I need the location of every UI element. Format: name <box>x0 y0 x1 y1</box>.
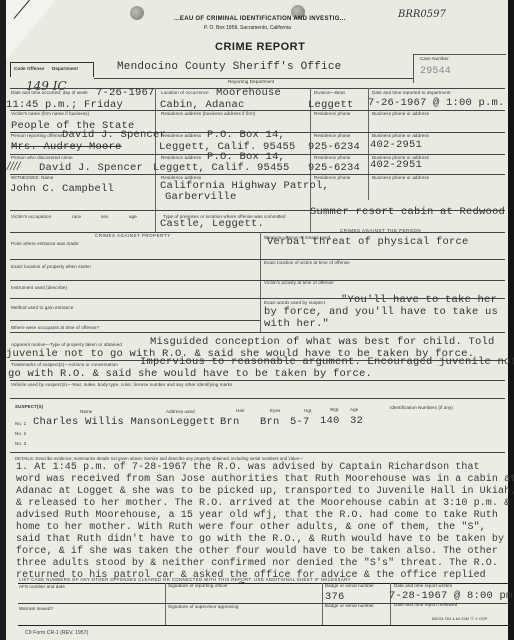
agency-address: P. O. Box 1859, Sacramento, California <box>204 25 291 31</box>
date-reviewed-label: Date and time report reviewed <box>394 602 457 607</box>
victim-business-label: Business phone or address <box>372 111 429 116</box>
agency-name: ...EAU OF CRIMINAL IDENTIFICATION AND IN… <box>174 16 346 22</box>
race-label: race <box>72 214 81 219</box>
property-section-title: CRIMES AGAINST PROPERTY <box>95 233 171 238</box>
date-written-label: Date and time report written <box>394 583 452 588</box>
premises-line2: Castle, Leggett. <box>160 218 264 230</box>
instrument-label: Instrument used (describe) <box>11 285 67 290</box>
list-cases-label: LIST CASE NUMBERS OF ANY OTHER OFFENSES … <box>19 577 351 582</box>
col-address: Address used <box>166 409 195 414</box>
col-id-numbers: Identification Numbers (if any) <box>390 405 453 410</box>
scan-border <box>508 0 514 640</box>
folded-corner <box>6 0 56 60</box>
reporting-phone-label: Residence phone <box>314 133 351 138</box>
victim-label: Victim's name (firm name if business) <box>11 111 89 116</box>
discovered-business: 402-2951 <box>370 159 422 171</box>
reported-label: Date and time reported to department <box>372 90 451 95</box>
reporting-phone: 925-6234 <box>308 141 360 153</box>
date-written: 7-28-1967 @ 8:00 pm <box>389 590 513 602</box>
age-label: age <box>129 214 137 219</box>
victim-activity-label: Victim's activity at time of offense <box>264 280 334 285</box>
witness-label: WITNESSES: Name <box>11 175 54 180</box>
date-occurred-label: Date and time occurred; day of week <box>11 90 88 95</box>
discovered-person: David J. Spencer <box>39 162 143 174</box>
details-line: advised Ruth Moorehouse, a 15 year old w… <box>16 510 498 521</box>
location-label: Location of occurrence <box>161 90 209 95</box>
reporting-person-label: Person reporting offense <box>11 133 63 138</box>
divider <box>18 625 508 626</box>
words-label: Exact words used by suspect <box>264 300 325 305</box>
details-line: three adults stood by & neither confirme… <box>16 558 498 569</box>
date-occurred: 7-26-1967 <box>96 87 155 99</box>
discovered-mark: //// <box>7 161 20 172</box>
suspect-height: 5-7 <box>290 416 310 428</box>
victim-phone-label: Residence phone <box>314 111 351 116</box>
details-line: home to her mother. With Ruth were four … <box>16 522 486 533</box>
location-line1: Moorehouse <box>216 87 281 99</box>
divider <box>165 583 166 625</box>
discovered-label: Person who discovered crime <box>11 155 73 160</box>
trademarks-line1: Impervious to reasonable argument. Encou… <box>140 356 514 368</box>
reporting-residence-line1: P.O. Box 14, <box>207 129 285 141</box>
words-line1: "You'll have to take her <box>341 294 497 306</box>
badge-number: 376 <box>325 591 345 603</box>
sex-label: sex <box>101 214 108 219</box>
details-label: DETAILS: Describe evidence; summarize de… <box>15 456 303 461</box>
divider <box>10 259 505 260</box>
words-line3: with her." <box>264 318 329 330</box>
details-line: said that Ruth didn't have to go with th… <box>16 534 504 545</box>
occupants-label: Where were occupants at time of offense? <box>11 325 99 330</box>
reporting-department: Mendocino County Sheriff's Office <box>117 61 341 73</box>
details-line: & released to her mother. The R.O. arriv… <box>16 498 510 509</box>
victim-residence-label: Residence address (business address if f… <box>161 111 255 116</box>
suspects-label: SUSPECT(S) <box>15 404 43 409</box>
victim-location-label: Exact location of victim at time of offe… <box>264 260 350 265</box>
vehicle-label: Vehicle used by suspect(s)—Year, make, b… <box>11 382 233 387</box>
reported-datetime: 7-26-1967 @ 1:00 p.m. <box>368 97 505 109</box>
discovered-phone: 925-6234 <box>308 162 360 174</box>
motive-line1: Misguided conception of what was best fo… <box>150 336 495 348</box>
afs-label: AFS number and date <box>19 584 65 589</box>
suspect-weight: 140 <box>320 415 340 427</box>
reporting-person: David J. Spencer <box>62 129 166 141</box>
divider <box>260 232 261 332</box>
weapon: Verbal threat of physical force <box>267 236 469 248</box>
suspect-hair: Brn <box>220 416 240 428</box>
entrance-label: Point where entrance was made: <box>11 241 80 246</box>
divider <box>10 398 505 399</box>
case-number-label: Case Number <box>420 56 449 61</box>
divider <box>10 452 505 453</box>
print-code: 85033-783 4-64 20M Ⓢ X OSP <box>432 617 487 622</box>
form-id: CII Form CR-1 (REV. 1957) <box>25 630 88 636</box>
col-name: Name <box>80 409 92 414</box>
trademarks-line2: go with R.O. & said she would have to be… <box>8 368 372 380</box>
suspect-age: 32 <box>350 415 363 427</box>
reporting-business-label: Business phone or address <box>372 133 429 138</box>
punch-hole-left <box>130 6 144 20</box>
occupation-label: Victim's occupation <box>11 214 51 219</box>
reporting-business: 402-2951 <box>370 139 422 151</box>
divider <box>10 332 505 333</box>
divider <box>10 320 260 321</box>
discovered-residence-line2: Leggett, Calif. 95455 <box>153 162 290 174</box>
details-line: Adanac at Logget & she was to be picked … <box>16 486 514 497</box>
divider <box>10 280 505 281</box>
stamp-value: Department <box>52 66 78 71</box>
col-age: Age <box>350 407 358 412</box>
premises-line1: Summer resort cabin at Redwood <box>310 206 505 218</box>
page-title: CRIME REPORT <box>215 41 305 53</box>
divider <box>10 174 505 175</box>
col-height: Hgt. <box>304 408 313 413</box>
signature-officer-label: Signature of reporting officer <box>168 583 228 588</box>
suspect-no: No. 1 <box>15 421 26 426</box>
details-line: force, & if she was taken the other four… <box>16 546 498 557</box>
witness-phone-label: Residence phone <box>314 175 351 180</box>
witness-business-label: Business phone or address <box>372 175 429 180</box>
property-location-label: Exact location of property when stolen <box>11 264 91 269</box>
divider <box>10 380 505 381</box>
suspect-eyes: Brn <box>260 416 280 428</box>
handwritten-reference: BRR0597 <box>398 9 446 20</box>
suspect-no-3: No. 3 <box>15 441 26 446</box>
witness-residence-line2: Garberville <box>165 191 237 203</box>
officer-signature-mark: ~ <box>238 578 246 588</box>
words-line2: by force, and you'll have to take us <box>264 306 498 318</box>
reporting-person-struck: Mrs. Audrey Moore <box>11 141 122 153</box>
trademarks-label: Trademarks of suspect(s)—Actions or conv… <box>11 362 118 367</box>
suspect-name: Charles Willis Manson <box>33 416 170 428</box>
reporting-residence-label: Residence address <box>161 133 201 138</box>
method-label: Method used to gain entrance <box>11 305 73 310</box>
details-line: 1. At 1:45 p.m. of 7-28-1967 the R.O. wa… <box>16 462 480 473</box>
case-number: 29544 <box>420 66 451 77</box>
suspect-no-2: No. 2 <box>15 431 26 436</box>
divider <box>10 232 505 233</box>
motive-label: Apparent motive—Type of property taken o… <box>11 342 122 347</box>
discovered-phone-label: Residence phone <box>314 155 351 160</box>
witness-name: John C. Campbell <box>10 183 114 195</box>
badge2-label: Badge or serial number <box>325 603 374 608</box>
details-line: word was received from San Jose authorit… <box>16 474 514 485</box>
col-hair: Hair <box>236 408 245 413</box>
stamp-label: Code Offense <box>14 66 44 71</box>
col-eyes: Eyes <box>270 408 280 413</box>
reporting-department-label: Reporting Department <box>228 79 274 84</box>
discovered-residence-label: Residence address <box>161 155 201 160</box>
division-label: Division—Beat <box>314 90 345 95</box>
suspect-address: Leggett <box>170 416 216 428</box>
person-section-title: CRIMES AGAINST THE PERSON <box>340 228 421 233</box>
col-weight: Wgt. <box>330 407 340 412</box>
divider <box>322 583 323 625</box>
signature-supervisor-label: Signature of supervisor approving <box>168 604 239 609</box>
warrant-label: Warrant issued? <box>19 606 53 611</box>
badge-label: Badge or serial number <box>325 583 374 588</box>
